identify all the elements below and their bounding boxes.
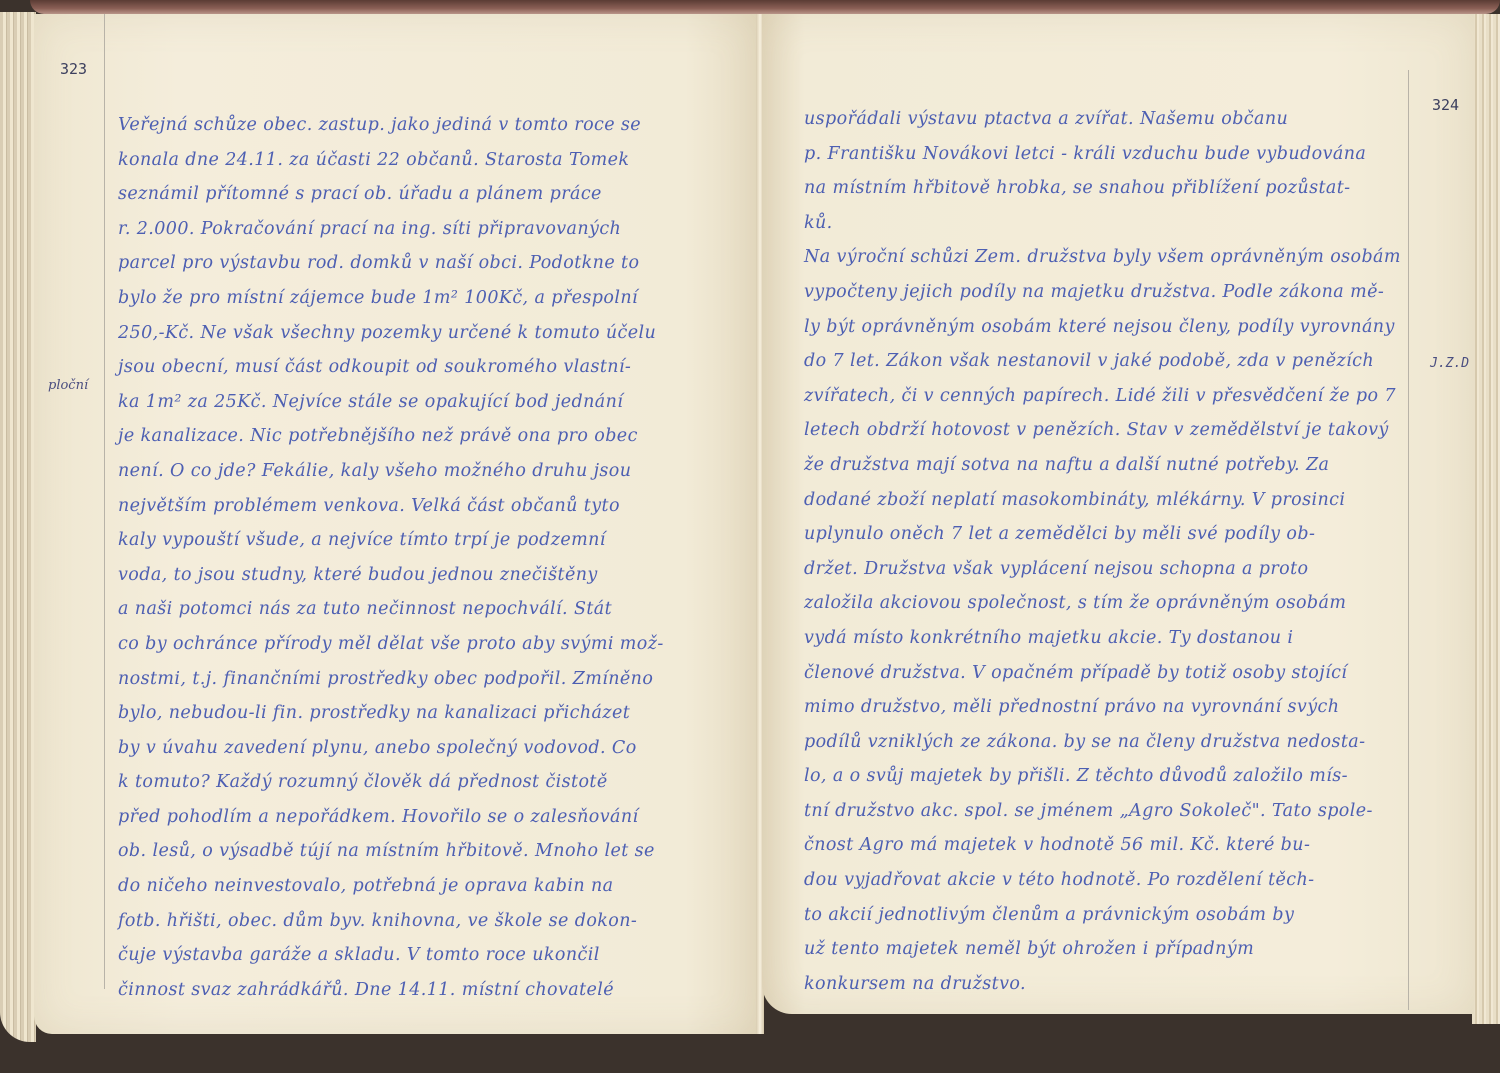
text-line: ob. lesů, o výsadbě tújí na místním hřbi… bbox=[118, 834, 664, 869]
text-line: dou vyjadřovat akcie v této hodnotě. Po … bbox=[804, 863, 1401, 898]
text-line: konkursem na družstvo. bbox=[804, 967, 1401, 1002]
left-page-text: Veřejná schůze obec. zastup. jako jediná… bbox=[118, 108, 664, 1007]
left-margin-line bbox=[104, 14, 105, 989]
text-line: členové družstva. V opačném případě by t… bbox=[804, 656, 1401, 691]
text-line: podílů vzniklých ze zákona. by se na čle… bbox=[804, 725, 1401, 760]
text-line: to akcií jednotlivým členům a právnickým… bbox=[804, 898, 1401, 933]
text-line: by v úvahu zavedení plynu, anebo společn… bbox=[118, 731, 664, 766]
text-line: že družstva mají sotva na naftu a další … bbox=[804, 448, 1401, 483]
text-line: k tomuto? Každý rozumný člověk dá předno… bbox=[118, 765, 664, 800]
text-line: před pohodlím a nepořádkem. Hovořilo se … bbox=[118, 800, 664, 835]
text-line: nostmi, t.j. finančními prostředky obec … bbox=[118, 662, 664, 697]
text-line: Na výroční schůzi Zem. družstva byly vše… bbox=[804, 240, 1401, 275]
text-line: ků. bbox=[804, 206, 1401, 241]
text-line: uspořádali výstavu ptactva a zvířat. Naš… bbox=[804, 102, 1401, 137]
text-line: tní družstvo akc. spol. se jménem „Agro … bbox=[804, 794, 1401, 829]
text-line: voda, to jsou studny, které budou jednou… bbox=[118, 558, 664, 593]
text-line: letech obdrží hotovost v penězích. Stav … bbox=[804, 413, 1401, 448]
right-page: 324 J.Z.D uspořádali výstavu ptactva a z… bbox=[762, 14, 1474, 1014]
text-line: a naši potomci nás za tuto nečinnost nep… bbox=[118, 592, 664, 627]
text-line: parcel pro výstavbu rod. domků v naší ob… bbox=[118, 246, 664, 281]
text-line: činnost svaz zahrádkářů. Dne 14.11. míst… bbox=[118, 973, 664, 1008]
margin-note-left: ploční bbox=[48, 378, 88, 393]
text-line: do ničeho neinvestovalo, potřebná je opr… bbox=[118, 869, 664, 904]
text-line: bylo, nebudou-li fin. prostředky na kana… bbox=[118, 696, 664, 731]
text-line: p. Františku Novákovi letci - králi vzdu… bbox=[804, 137, 1401, 172]
text-line: ka 1m² za 25Kč. Nejvíce stále se opakují… bbox=[118, 385, 664, 420]
text-line: vydá místo konkrétního majetku akcie. Ty… bbox=[804, 621, 1401, 656]
text-line: co by ochránce přírody měl dělat vše pro… bbox=[118, 627, 664, 662]
page-number-left: 323 bbox=[60, 60, 87, 78]
text-line: seznámil přítomné s prací ob. úřadu a pl… bbox=[118, 177, 664, 212]
text-line: r. 2.000. Pokračování prací na ing. síti… bbox=[118, 212, 664, 247]
text-line: čnost Agro má majetek v hodnotě 56 mil. … bbox=[804, 828, 1401, 863]
text-line: na místním hřbitově hrobka, se snahou př… bbox=[804, 171, 1401, 206]
text-line: uplynulo oněch 7 let a zemědělci by měli… bbox=[804, 517, 1401, 552]
text-line: jsou obecní, musí část odkoupit od soukr… bbox=[118, 350, 664, 385]
text-line: už tento majetek neměl být ohrožen i pří… bbox=[804, 932, 1401, 967]
text-line: bylo že pro místní zájemce bude 1m² 100K… bbox=[118, 281, 664, 316]
text-line: konala dne 24.11. za účasti 22 občanů. S… bbox=[118, 143, 664, 178]
text-line: je kanalizace. Nic potřebnějšího než prá… bbox=[118, 419, 664, 454]
open-chronicle-book: 323 ploční Veřejná schůze obec. zastup. … bbox=[0, 0, 1500, 1073]
right-margin-line bbox=[1408, 70, 1409, 1010]
text-line: lo, a o svůj majetek by přišli. Z těchto… bbox=[804, 759, 1401, 794]
text-line: kaly vypouští všude, a nejvíce tímto trp… bbox=[118, 523, 664, 558]
right-page-stack-edge bbox=[1472, 14, 1500, 1024]
text-line: držet. Družstva však vyplácení nejsou sc… bbox=[804, 552, 1401, 587]
page-number-right: 324 bbox=[1432, 96, 1459, 114]
text-line: do 7 let. Zákon však nestanovil v jaké p… bbox=[804, 344, 1401, 379]
left-page: 323 ploční Veřejná schůze obec. zastup. … bbox=[34, 14, 758, 1034]
text-line: vypočteny jejich podíly na majetku družs… bbox=[804, 275, 1401, 310]
text-line: Veřejná schůze obec. zastup. jako jediná… bbox=[118, 108, 664, 143]
left-page-stack-edge bbox=[0, 12, 36, 1042]
text-line: mimo družstvo, měli přednostní právo na … bbox=[804, 690, 1401, 725]
text-line: největším problémem venkova. Velká část … bbox=[118, 489, 664, 524]
text-line: čuje výstavba garáže a skladu. V tomto r… bbox=[118, 938, 664, 973]
text-line: fotb. hřišti, obec. dům byv. knihovna, v… bbox=[118, 904, 664, 939]
text-line: založila akciovou společnost, s tím že o… bbox=[804, 586, 1401, 621]
book-cover-top-edge bbox=[30, 0, 1500, 14]
text-line: není. O co jde? Fekálie, kaly všeho možn… bbox=[118, 454, 664, 489]
margin-note-right: J.Z.D bbox=[1430, 356, 1469, 371]
text-line: zvířatech, či v cenných papírech. Lidé ž… bbox=[804, 379, 1401, 414]
text-line: dodané zboží neplatí masokombináty, mlék… bbox=[804, 483, 1401, 518]
text-line: ly být oprávněným osobám které nejsou čl… bbox=[804, 310, 1401, 345]
text-line: 250,-Kč. Ne však všechny pozemky určené … bbox=[118, 316, 664, 351]
right-page-text: uspořádali výstavu ptactva a zvířat. Naš… bbox=[804, 102, 1401, 1001]
